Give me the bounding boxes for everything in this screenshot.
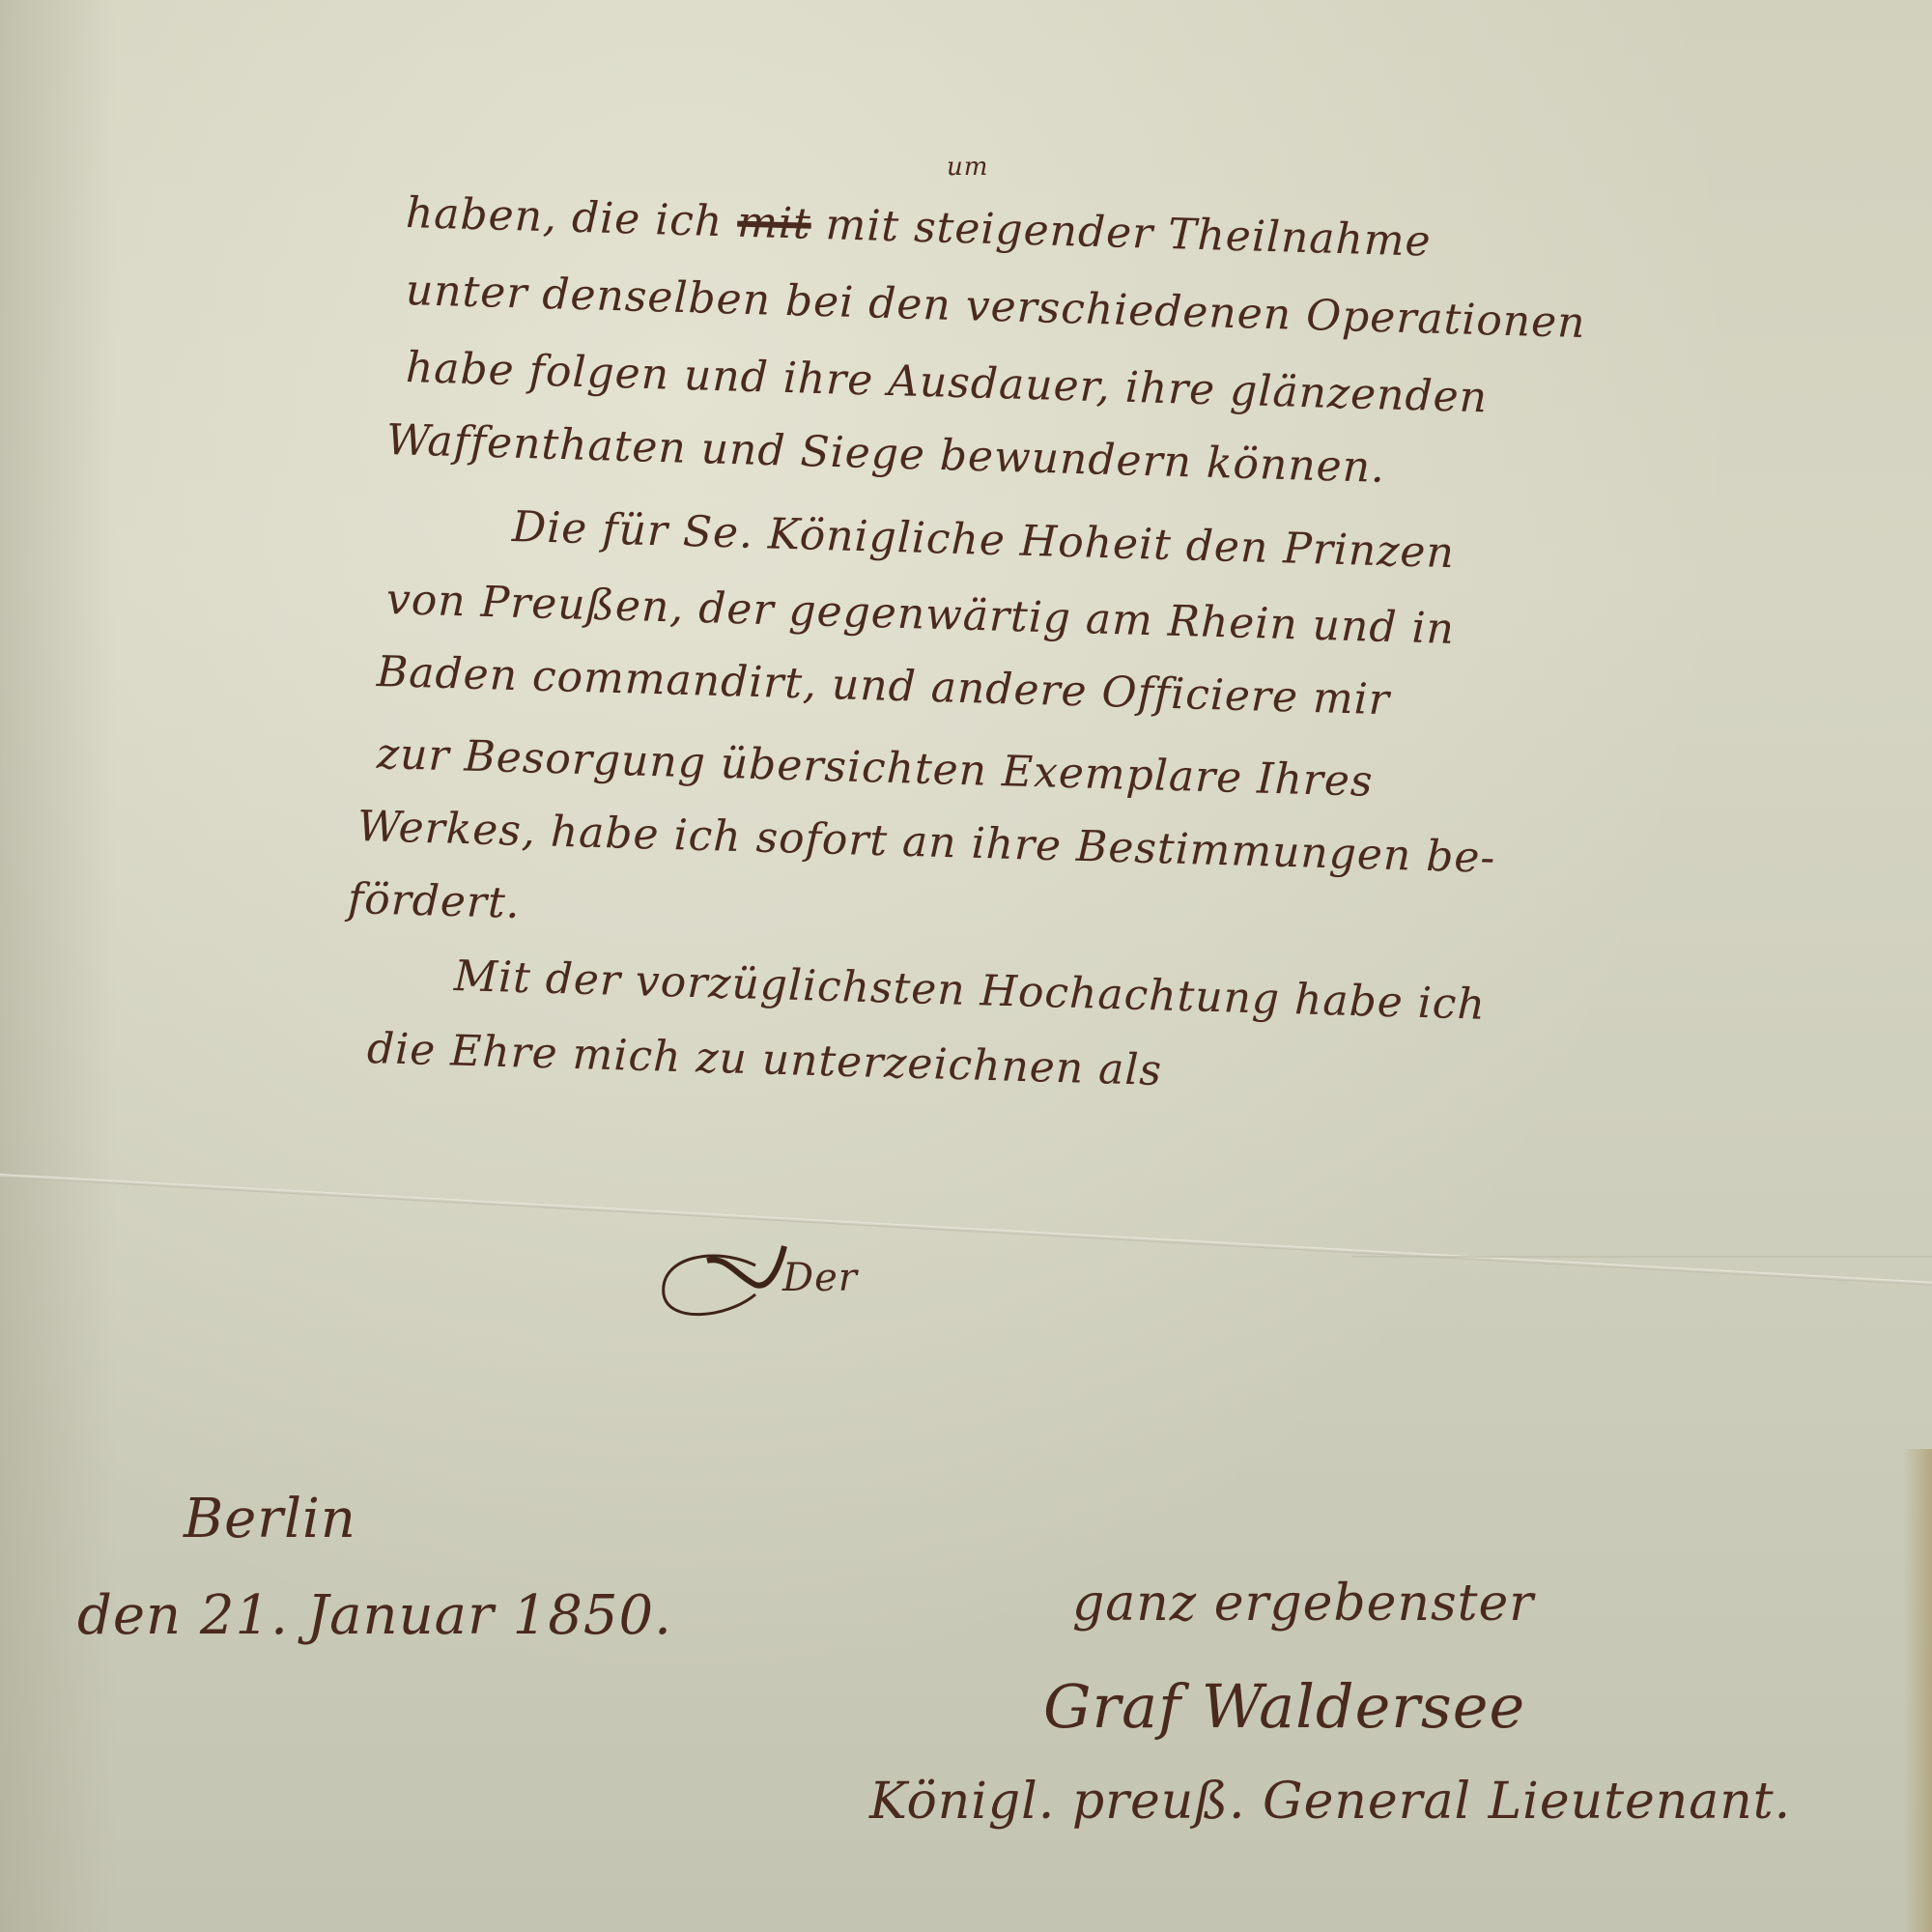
letter-line-12: die Ehre mich zu unterzeichnen als [366,1024,1162,1095]
line-text: haben, die ich [405,188,738,247]
letter-paper: um haben, die ich mit mit steigender The… [0,0,1932,1932]
letter-line-9: Werkes, habe ich sofort an ihre Bestimmu… [356,802,1496,883]
signature-name: Graf Waldersee [1043,1671,1525,1742]
closing-salutation: Der [782,1256,858,1300]
letter-line-2: unter denselben bei den verschiedenen Op… [405,266,1586,348]
struck-word: mit [737,198,812,249]
letter-line-3: habe folgen und ihre Ausdauer, ihre glän… [405,343,1488,422]
letter-line-5: Die für Se. Königliche Hoheit den Prinze… [511,502,1455,578]
letter-line-6: von Preußen, der gegenwärtig am Rhein un… [385,575,1455,654]
signature-title: Königl. preuß. General Lieutenant. [869,1773,1791,1831]
paper-fold-crease-secondary [1352,1256,1932,1258]
letter-date: den 21. Januar 1850. [77,1584,672,1647]
letter-line-10: fördert. [347,874,521,928]
letter-line-11: Mit der vorzüglichsten Hochachtung habe … [453,952,1486,1030]
page-edge [1903,1449,1932,1932]
line-text: mit steigender Theilnahme [810,200,1432,267]
paper-fold-crease [0,1174,1932,1296]
place-name: Berlin [184,1488,356,1550]
letter-line-8: zur Besorgung übersichten Exemplare Ihre… [376,729,1374,807]
letter-line-7: Baden commandirt, und andere Officiere m… [376,647,1390,724]
letter-line-4: Waffenthaten und Siege bewundern können. [385,415,1385,493]
inserted-word: um [947,153,988,182]
signature-line-ergebenster: ganz ergebenster [1072,1575,1534,1633]
letter-line-1: haben, die ich mit mit steigender Theiln… [405,188,1432,267]
